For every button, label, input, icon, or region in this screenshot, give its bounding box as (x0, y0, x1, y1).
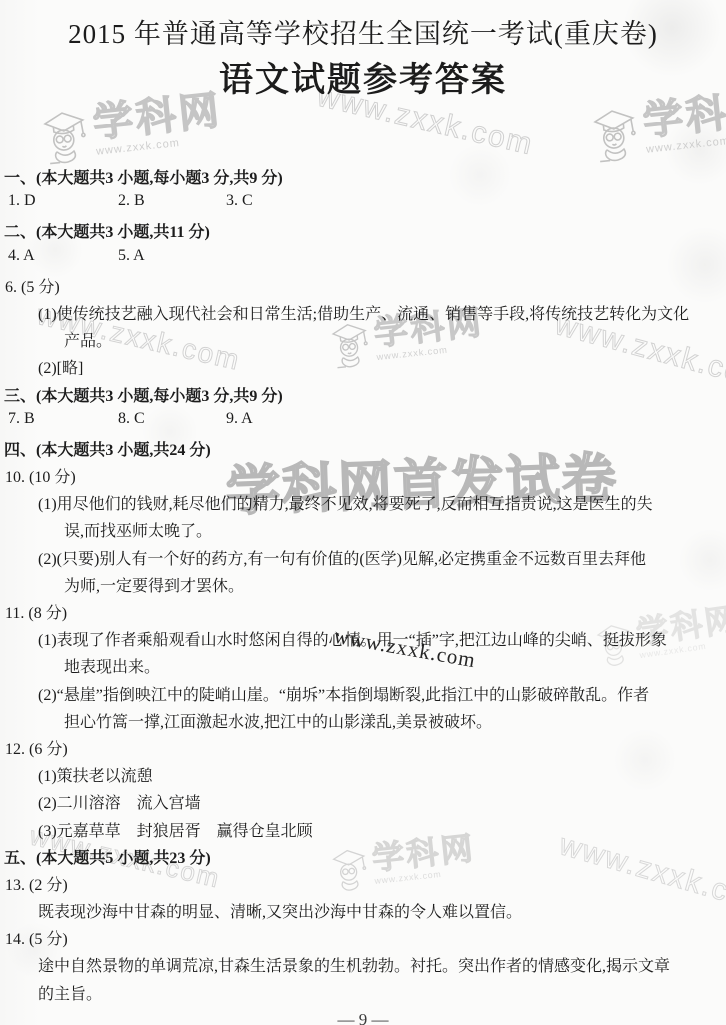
owl-mascot-icon (585, 102, 643, 165)
section-heading: 五、(本大题共5 小题,共23 分) (0, 843, 726, 870)
answer-text-line: 产品。 (0, 326, 726, 353)
answer-text-line: (1)表现了作者乘船观看山水时悠闲自得的心情。用一“插”字,把江边山峰的尖峭、挺… (0, 625, 726, 652)
section-heading: 四、(本大题共3 小题,共24 分) (0, 435, 726, 462)
section-heading: 三、(本大题共3 小题,每小题3 分,共9 分) (0, 381, 726, 408)
answer-text-line: (2)(只要)别人有一个好的药方,有一句有价值的(医学)见解,必定携重金不远数百… (0, 544, 726, 571)
watermark-site-url: www.zxxk.com (96, 132, 226, 157)
doc-title: 语文试题参考答案 (0, 52, 726, 101)
question-label: 12. (6 分) (0, 734, 726, 761)
question-label: 6. (5 分) (0, 272, 726, 299)
answer-content: 一、(本大题共3 小题,每小题3 分,共9 分) 1. D2. B3. C 二、… (0, 163, 726, 1006)
answer-text-line: (2)[略] (0, 353, 726, 380)
answer-text-line: (1)使传统技艺融入现代社会和日常生活;借助生产、流通、销售等手段,将传统技艺转… (0, 299, 726, 326)
exam-title: 2015 年普通高等学校招生全国统一考试(重庆卷) (0, 12, 726, 51)
answer-text-line: 误,而找巫师太晚了。 (0, 516, 726, 543)
answer-text-line: 既表现沙海中甘森的明显、清晰,又突出沙海中甘森的令人难以置信。 (0, 897, 726, 924)
watermark-site-url: www.zxxk.com (646, 130, 726, 155)
question-label: 13. (2 分) (0, 870, 726, 897)
owl-mascot-icon (35, 104, 93, 167)
answer-text-line: 担心竹篙一撑,江面激起水波,把江中的山影漾乱,美景被破坏。 (0, 707, 726, 734)
section-heading: 一、(本大题共3 小题,每小题3 分,共9 分) (0, 163, 726, 190)
answer-text-line: (2)二川溶溶 流入宫墙 (0, 788, 726, 815)
answer-text-line: 的主旨。 (0, 979, 726, 1006)
answer-row: 4. A5. A (0, 245, 726, 272)
answer-text-line: 途中自然景物的单调荒凉,甘森生活景象的生机勃勃。衬托。突出作者的情感变化,揭示文… (0, 951, 726, 978)
answer-text-line: 地表现出来。 (0, 652, 726, 679)
question-label: 11. (8 分) (0, 598, 726, 625)
answer-text-line: (1)策扶老以流憩 (0, 761, 726, 788)
question-label: 14. (5 分) (0, 924, 726, 951)
answer-row: 7. B8. C9. A (0, 408, 726, 435)
question-label: 10. (10 分) (0, 462, 726, 489)
section-heading: 二、(本大题共3 小题,共11 分) (0, 217, 726, 244)
answer-text-line: (1)用尽他们的钱财,耗尽他们的精力,最终不见效,将要死了,反而相互指责说,这是… (0, 489, 726, 516)
page-number: — 9 — (0, 1010, 726, 1025)
scanned-answer-sheet: 2015 年普通高等学校招生全国统一考试(重庆卷) 语文试题参考答案 学科网 w… (0, 0, 726, 1025)
answer-text-line: (2)“悬崖”指倒映江中的陡峭山崖。“崩坼”本指倒塌断裂,此指江中的山影破碎散乱… (0, 680, 726, 707)
answer-text-line: (3)元嘉草草 封狼居胥 赢得仓皇北顾 (0, 816, 726, 843)
watermark-logo-top-left: 学科网 www.zxxk.com (35, 90, 225, 167)
answer-text-line: 为师,一定要得到才罢休。 (0, 571, 726, 598)
answer-row: 1. D2. B3. C (0, 190, 726, 217)
